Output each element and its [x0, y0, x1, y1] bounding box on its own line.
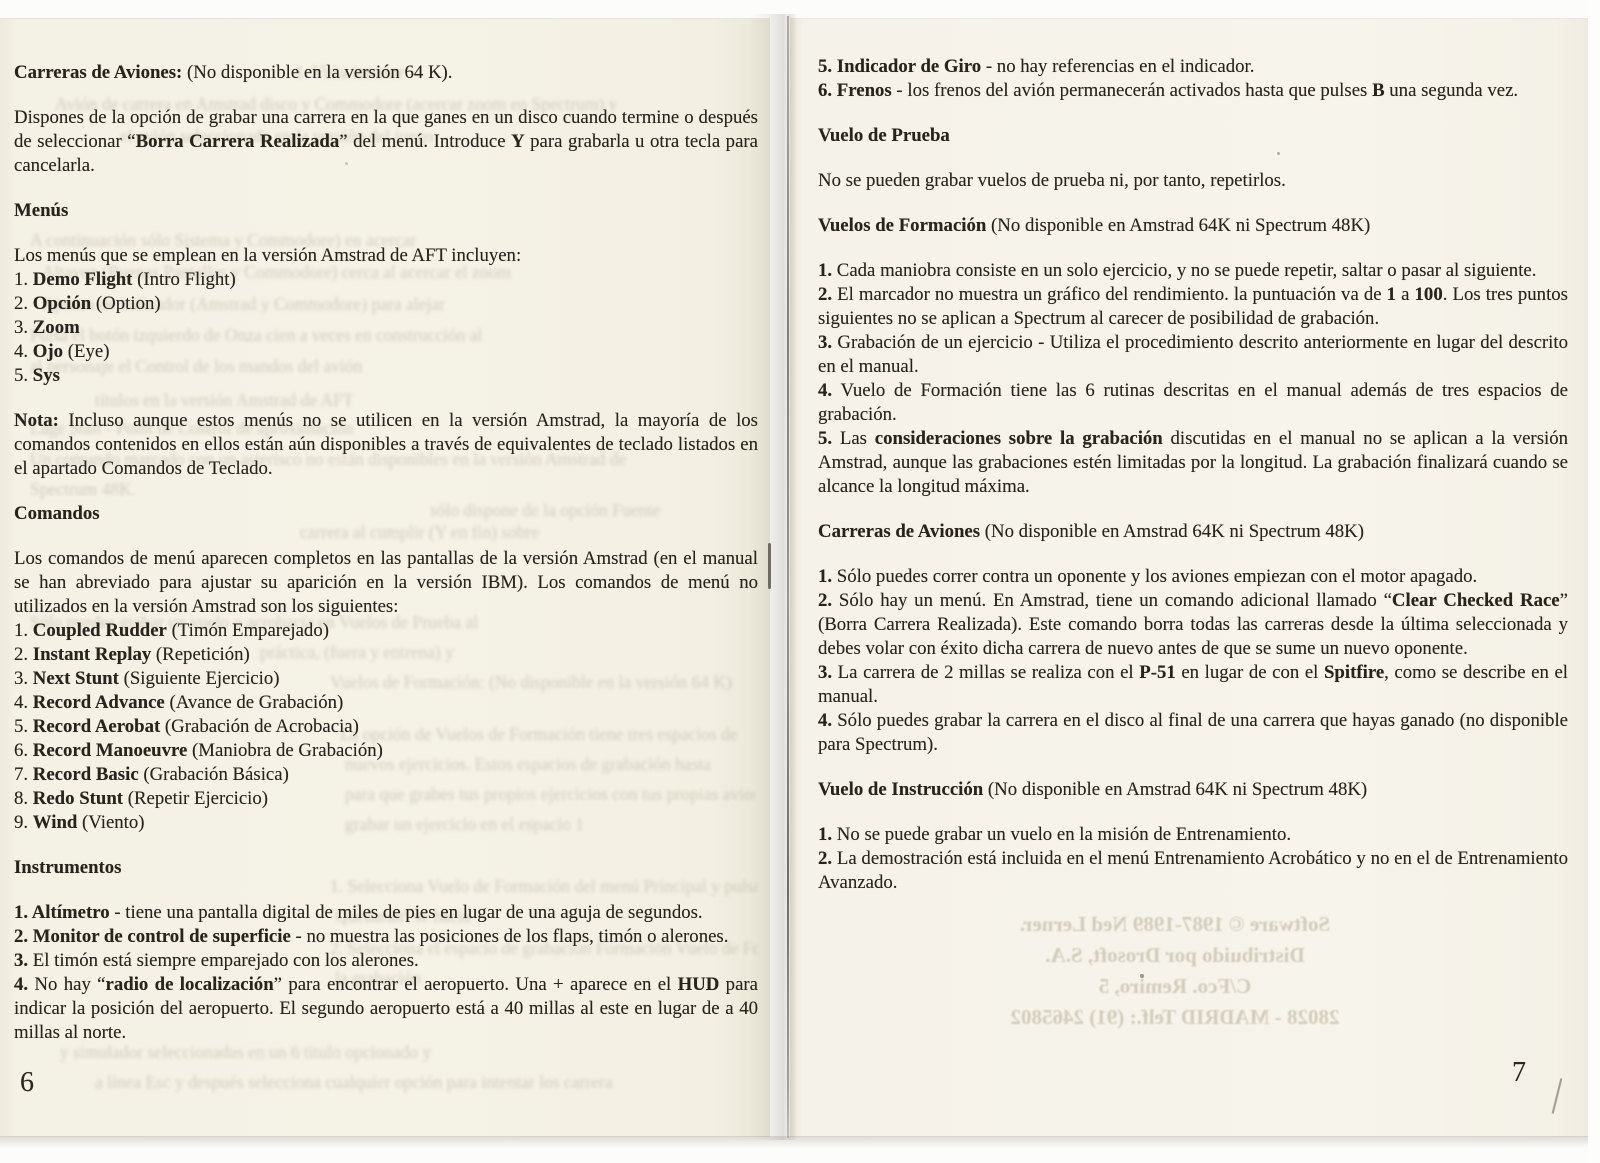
- text-segment: El marcador no muestra un gráfico del re…: [832, 284, 1387, 305]
- paragraph: Dispones de la opción de grabar una carr…: [14, 106, 758, 178]
- mirrored-imprint-block: Software © 1987-1989 Ned Lerner.Distribu…: [940, 909, 1410, 1033]
- text-segment: una segunda vez.: [1385, 80, 1519, 101]
- left-page: 1. Vista interiorAvión de carrera en Ams…: [0, 18, 770, 1137]
- bleedthrough-line: C/Fco. Remiro, 5: [940, 971, 1410, 1002]
- text-segment: Wind: [33, 812, 78, 833]
- text-segment: 1.: [818, 260, 832, 281]
- paragraph: No se pueden grabar vuelos de prueba ni,…: [818, 169, 1568, 193]
- paragraph: Los comandos de menú aparecen completos …: [14, 547, 758, 619]
- numbered-list: 1. No se puede grabar un vuelo en la mis…: [818, 823, 1568, 895]
- ink-speck: [345, 162, 348, 165]
- list-item: 1. Cada maniobra consiste en un solo eje…: [818, 259, 1568, 283]
- text-segment: 1: [1387, 284, 1396, 305]
- text-segment: 3.: [14, 317, 33, 338]
- ink-speck: [1140, 974, 1144, 978]
- section-heading: Instrumentos: [14, 856, 758, 880]
- text-segment: 1. Altímetro: [14, 902, 110, 923]
- text-segment: 2.: [818, 590, 832, 611]
- section-heading: Vuelo de Instrucción (No disponible en A…: [818, 778, 1568, 802]
- text-segment: (No disponible en Amstrad 64K ni Spectru…: [986, 215, 1370, 236]
- text-segment: Ojo: [33, 341, 63, 362]
- list-item: 2. Opción (Option): [14, 292, 758, 316]
- list-item: 9. Wind (Viento): [14, 811, 758, 835]
- list-item: 2. Instant Replay (Repetición): [14, 643, 758, 667]
- list-item: 2. Monitor de control de superficie - no…: [14, 925, 758, 949]
- text-segment: 5.: [14, 716, 33, 737]
- left-page-content: Carreras de Aviones: (No disponible en l…: [0, 19, 770, 1045]
- text-segment: Borra Carrera Realizada: [136, 131, 340, 152]
- text-segment: (Avance de Grabación): [165, 692, 344, 713]
- text-segment: Comandos: [14, 503, 100, 524]
- text-segment: 1.: [818, 824, 832, 845]
- list-item: 4. Vuelo de Formación tiene las 6 rutina…: [818, 379, 1568, 427]
- text-segment: (No disponible en Amstrad 64K ni Spectru…: [983, 779, 1367, 800]
- paragraph: Carreras de Aviones: (No disponible en l…: [14, 61, 758, 85]
- scanned-manual-spread: 1. Vista interiorAvión de carrera en Ams…: [0, 0, 1600, 1163]
- list-item: 4. No hay “radio de localización” para e…: [14, 973, 758, 1045]
- text-segment: Redo Stunt: [33, 788, 123, 809]
- list-item: 7. Record Basic (Grabación Básica): [14, 763, 758, 787]
- text-segment: Opción: [33, 293, 91, 314]
- text-segment: Grabación de un ejercicio - Utiliza el p…: [818, 332, 1568, 377]
- list-item: 4. Sólo puedes grabar la carrera en el d…: [818, 709, 1568, 757]
- list-item: 1. Demo Flight (Intro Flight): [14, 268, 758, 292]
- text-segment: - no muestra las posiciones de los flaps…: [291, 926, 729, 947]
- numbered-list: 1. Demo Flight (Intro Flight)2. Opción (…: [14, 268, 758, 388]
- text-segment: Coupled Rudder: [33, 620, 167, 641]
- text-segment: ” del menú. Introduce: [339, 131, 511, 152]
- text-segment: 5. Indicador de Giro: [818, 56, 981, 77]
- text-segment: 4.: [14, 974, 28, 995]
- right-page-content: 5. Indicador de Giro - no hay referencia…: [790, 19, 1588, 895]
- list-item: 3. Grabación de un ejercicio - Utiliza e…: [818, 331, 1568, 379]
- text-segment: Spitfire: [1324, 662, 1384, 683]
- list-item: 3. El timón está siempre emparejado con …: [14, 949, 758, 973]
- list-item: 2. El marcador no muestra un gráfico del…: [818, 283, 1568, 331]
- fold-crease-mark: [768, 543, 771, 589]
- text-segment: 3.: [818, 662, 832, 683]
- ink-speck: [1277, 152, 1280, 155]
- page-number-right: 7: [1512, 1057, 1526, 1089]
- text-segment: 3.: [818, 332, 832, 353]
- list-item: 2. Sólo hay un menú. En Amstrad, tiene u…: [818, 589, 1568, 661]
- text-segment: Sys: [33, 365, 60, 386]
- text-segment: 100: [1415, 284, 1443, 305]
- list-item: 5. Sys: [14, 364, 758, 388]
- text-segment: 2.: [818, 284, 832, 305]
- list-item: 1. Altímetro - tiene una pantalla digita…: [14, 901, 758, 925]
- text-segment: No se puede grabar un vuelo en la misión…: [832, 824, 1291, 845]
- text-segment: (No disponible en la versión 64 K).: [182, 62, 452, 83]
- paragraph: Los menús que se emplean en la versión A…: [14, 244, 758, 268]
- text-segment: Incluso aunque estos menús no se utilice…: [14, 410, 758, 479]
- text-segment: No se pueden grabar vuelos de prueba ni,…: [818, 170, 1286, 191]
- text-segment: Nota:: [14, 410, 59, 431]
- bleedthrough-line: Software © 1987-1989 Ned Lerner.: [940, 909, 1410, 940]
- text-segment: 4.: [818, 380, 832, 401]
- list-item: 6. Record Manoeuvre (Maniobra de Grabaci…: [14, 739, 758, 763]
- text-segment: 3.: [14, 950, 28, 971]
- page-bottom-edge-shadow: [0, 1136, 1588, 1148]
- text-segment: Sólo puedes grabar la carrera en el disc…: [818, 710, 1568, 755]
- page-fold-line: [787, 16, 789, 1138]
- text-segment: 7.: [14, 764, 33, 785]
- numbered-list: 1. Sólo puedes correr contra un oponente…: [818, 565, 1568, 757]
- list-item: 4. Record Advance (Avance de Grabación): [14, 691, 758, 715]
- list-item: 6. Frenos - los frenos del avión permane…: [818, 79, 1568, 103]
- text-segment: 4.: [14, 341, 33, 362]
- text-segment: 6.: [14, 740, 33, 761]
- text-segment: 3.: [14, 668, 33, 689]
- text-segment: Vuelos de Formación: [818, 215, 986, 236]
- list-item: 8. Redo Stunt (Repetir Ejercicio): [14, 787, 758, 811]
- text-segment: Cada maniobra consiste en un solo ejerci…: [832, 260, 1536, 281]
- page-number-left: 6: [20, 1067, 34, 1099]
- ghost-text: a línea Esc y después selecciona cualqui…: [95, 1071, 735, 1093]
- paragraph: Nota: Incluso aunque estos menús no se u…: [14, 409, 758, 481]
- text-segment: 1.: [14, 269, 33, 290]
- text-segment: a: [1396, 284, 1414, 305]
- text-segment: Y: [511, 131, 525, 152]
- text-segment: 1.: [818, 566, 832, 587]
- text-segment: Next Stunt: [33, 668, 119, 689]
- text-segment: Zoom: [33, 317, 80, 338]
- text-segment: B: [1372, 80, 1385, 101]
- text-segment: ” para encontrar el aeropuerto. Una + ap…: [274, 974, 678, 995]
- text-segment: Record Basic: [33, 764, 139, 785]
- text-segment: Record Advance: [33, 692, 165, 713]
- text-segment: Instrumentos: [14, 857, 121, 878]
- text-segment: Carreras de Aviones:: [14, 62, 182, 83]
- text-segment: No hay “: [28, 974, 105, 995]
- text-segment: Carreras de Aviones: [818, 521, 980, 542]
- text-segment: Los comandos de menú aparecen completos …: [14, 548, 758, 617]
- text-segment: 4.: [14, 692, 33, 713]
- text-segment: Instant Replay: [33, 644, 151, 665]
- text-segment: 2.: [818, 848, 832, 869]
- text-segment: El timón está siempre emparejado con los…: [28, 950, 419, 971]
- text-segment: Record Manoeuvre: [33, 740, 188, 761]
- text-segment: 6. Frenos: [818, 80, 892, 101]
- numbered-list: 1. Cada maniobra consiste en un solo eje…: [818, 259, 1568, 499]
- text-segment: consideraciones sobre la grabación: [875, 428, 1163, 449]
- text-segment: Demo Flight: [33, 269, 133, 290]
- text-segment: (Repetición): [151, 644, 250, 665]
- list-item: 1. Coupled Rudder (Timón Emparejado): [14, 619, 758, 643]
- text-segment: (Option): [91, 293, 160, 314]
- text-segment: Sólo puedes correr contra un oponente y …: [832, 566, 1477, 587]
- text-segment: - no hay referencias en el indicador.: [981, 56, 1254, 77]
- text-segment: 1.: [14, 620, 33, 641]
- numbered-list: 1. Altímetro - tiene una pantalla digita…: [14, 901, 758, 1045]
- list-item: 3. Zoom: [14, 316, 758, 340]
- text-segment: Vuelo de Prueba: [818, 125, 950, 146]
- bleedthrough-line: Distribuido por Drosoft, S.A.: [940, 940, 1410, 971]
- list-item: 5. Las consideraciones sobre la grabació…: [818, 427, 1568, 499]
- text-segment: 5.: [14, 365, 33, 386]
- text-segment: (Intro Flight): [132, 269, 235, 290]
- text-segment: Vuelo de Instrucción: [818, 779, 983, 800]
- numbered-list: 1. Coupled Rudder (Timón Emparejado)2. I…: [14, 619, 758, 835]
- text-segment: 4.: [818, 710, 832, 731]
- text-segment: Record Aerobat: [33, 716, 160, 737]
- text-segment: (Maniobra de Grabación): [187, 740, 383, 761]
- list-item: 3. Next Stunt (Siguiente Ejercicio): [14, 667, 758, 691]
- list-item: 1. Sólo puedes correr contra un oponente…: [818, 565, 1568, 589]
- text-segment: (Viento): [77, 812, 144, 833]
- scan-right-margin: [1588, 0, 1600, 1163]
- text-segment: 2. Monitor de control de superficie: [14, 926, 291, 947]
- text-segment: 2.: [14, 644, 33, 665]
- text-segment: (Grabación Básica): [139, 764, 289, 785]
- text-segment: 5.: [818, 428, 832, 449]
- text-segment: (Grabación de Acrobacia): [160, 716, 359, 737]
- text-segment: Sólo hay un menú. En Amstrad, tiene un c…: [832, 590, 1392, 611]
- text-segment: 9.: [14, 812, 33, 833]
- list-item: 4. Ojo (Eye): [14, 340, 758, 364]
- section-heading: Carreras de Aviones (No disponible en Am…: [818, 520, 1568, 544]
- text-segment: Las: [832, 428, 875, 449]
- text-segment: 2.: [14, 293, 33, 314]
- section-heading: Vuelos de Formación (No disponible en Am…: [818, 214, 1568, 238]
- text-segment: P-51: [1139, 662, 1176, 683]
- list-item: 5. Record Aerobat (Grabación de Acrobaci…: [14, 715, 758, 739]
- text-segment: (No disponible en Amstrad 64K ni Spectru…: [980, 521, 1364, 542]
- text-segment: 8.: [14, 788, 33, 809]
- text-segment: La carrera de 2 millas se realiza con el: [832, 662, 1139, 683]
- text-segment: Los menús que se emplean en la versión A…: [14, 245, 521, 266]
- text-segment: en lugar de con el: [1176, 662, 1324, 683]
- text-segment: (Eye): [63, 341, 109, 362]
- list-item: 5. Indicador de Giro - no hay referencia…: [818, 55, 1568, 79]
- bleedthrough-line: 28028 - MADRID Telf.: (91) 2465802: [940, 1002, 1410, 1033]
- text-segment: La demostración está incluida en el menú…: [818, 848, 1568, 893]
- text-segment: HUD: [678, 974, 720, 995]
- section-heading: Vuelo de Prueba: [818, 124, 1568, 148]
- text-segment: Menús: [14, 200, 68, 221]
- list-item: 3. La carrera de 2 millas se realiza con…: [818, 661, 1568, 709]
- text-segment: (Repetir Ejercicio): [123, 788, 268, 809]
- text-segment: radio de localización: [106, 974, 274, 995]
- text-segment: (Timón Emparejado): [167, 620, 329, 641]
- text-segment: Clear Checked Race: [1392, 590, 1560, 611]
- numbered-list: 5. Indicador de Giro - no hay referencia…: [818, 55, 1568, 103]
- text-segment: Vuelo de Formación tiene las 6 rutinas d…: [818, 380, 1568, 425]
- text-segment: - los frenos del avión permanecerán acti…: [892, 80, 1372, 101]
- section-heading: Comandos: [14, 502, 758, 526]
- text-segment: - tiene una pantalla digital de miles de…: [110, 902, 703, 923]
- right-page: 5. Indicador de Giro - no hay referencia…: [790, 18, 1588, 1137]
- list-item: 1. No se puede grabar un vuelo en la mis…: [818, 823, 1568, 847]
- list-item: 2. La demostración está incluida en el m…: [818, 847, 1568, 895]
- section-heading: Menús: [14, 199, 758, 223]
- text-segment: (Siguiente Ejercicio): [119, 668, 280, 689]
